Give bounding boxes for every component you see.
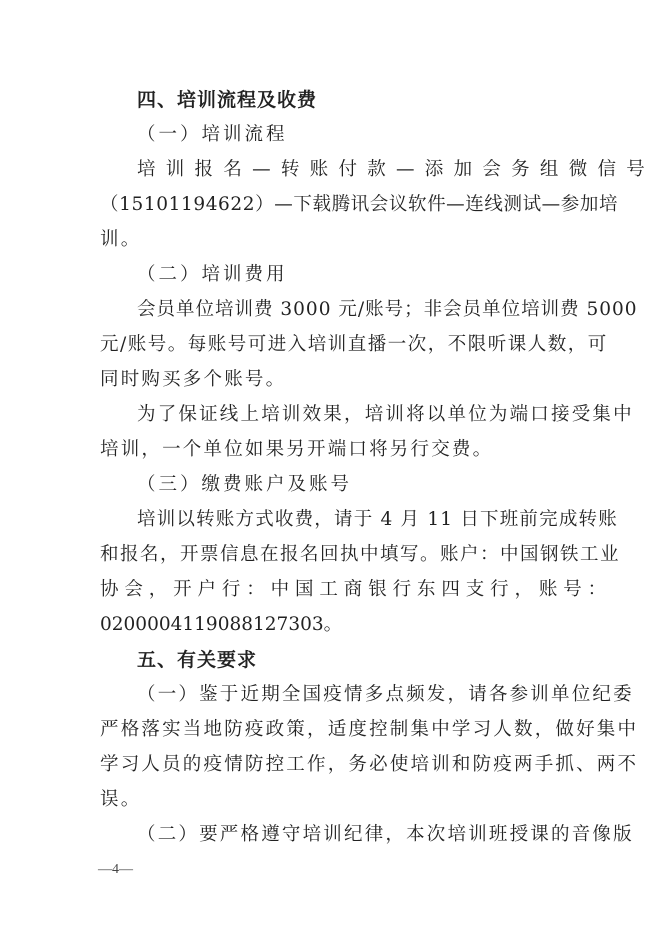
paragraph-line: 误。 bbox=[100, 788, 560, 812]
paragraph-line: 同时购买多个账号。 bbox=[100, 368, 560, 392]
paragraph-line: 培训，一个单位如果另开端口将另行交费。 bbox=[100, 438, 560, 462]
paragraph-line: 协 会 ， 开 户 行 ： 中 国 工 商 银 行 东 四 支 行 ， 账 号 … bbox=[100, 578, 560, 602]
paragraph-line: 培 训 报 名 — 转 账 付 款 — 添 加 会 务 组 微 信 号 bbox=[137, 158, 560, 182]
paragraph-line: （二）要严格遵守培训纪律，本次培训班授课的音像版 bbox=[137, 823, 560, 847]
paragraph-line: 培训以转账方式收费，请于 4 月 11 日下班前完成转账 bbox=[137, 508, 560, 532]
bank-account-number: 0200004119088127303。 bbox=[100, 613, 560, 637]
section-heading-5: 五、有关要求 bbox=[137, 648, 597, 672]
paragraph-line: 训。 bbox=[100, 228, 560, 252]
paragraph-line: 学习人员的疫情防控工作，务必使培训和防疫两手抓、两不 bbox=[100, 753, 560, 777]
paragraph-line: 严格落实当地防疫政策，适度控制集中学习人数，做好集中 bbox=[100, 718, 560, 742]
document-page: 四、培训流程及收费 （一）培训流程 培 训 报 名 — 转 账 付 款 — 添 … bbox=[0, 0, 660, 933]
paragraph-line: 会员单位培训费 3000 元/账号；非会员单位培训费 5000 bbox=[137, 298, 560, 322]
paragraph-line: 为了保证线上培训效果，培训将以单位为端口接受集中 bbox=[137, 403, 560, 427]
paragraph-line: 和报名，开票信息在报名回执中填写。账户：中国钢铁工业 bbox=[100, 543, 560, 567]
subheading-training-process: （一）培训流程 bbox=[137, 123, 597, 147]
subheading-training-fee: （二）培训费用 bbox=[137, 263, 597, 287]
paragraph-line: （15101194622）—下载腾讯会议软件—连线测试—参加培 bbox=[100, 193, 560, 217]
section-heading-4: 四、培训流程及收费 bbox=[137, 88, 597, 112]
paragraph-line: （一）鉴于近期全国疫情多点频发，请各参训单位纪委 bbox=[137, 683, 560, 707]
subheading-payment-account: （三）缴费账户及账号 bbox=[137, 473, 597, 497]
paragraph-line: 元/账号。每账号可进入培训直播一次，不限听课人数，可 bbox=[100, 333, 560, 357]
page-number: —4— bbox=[98, 862, 133, 878]
